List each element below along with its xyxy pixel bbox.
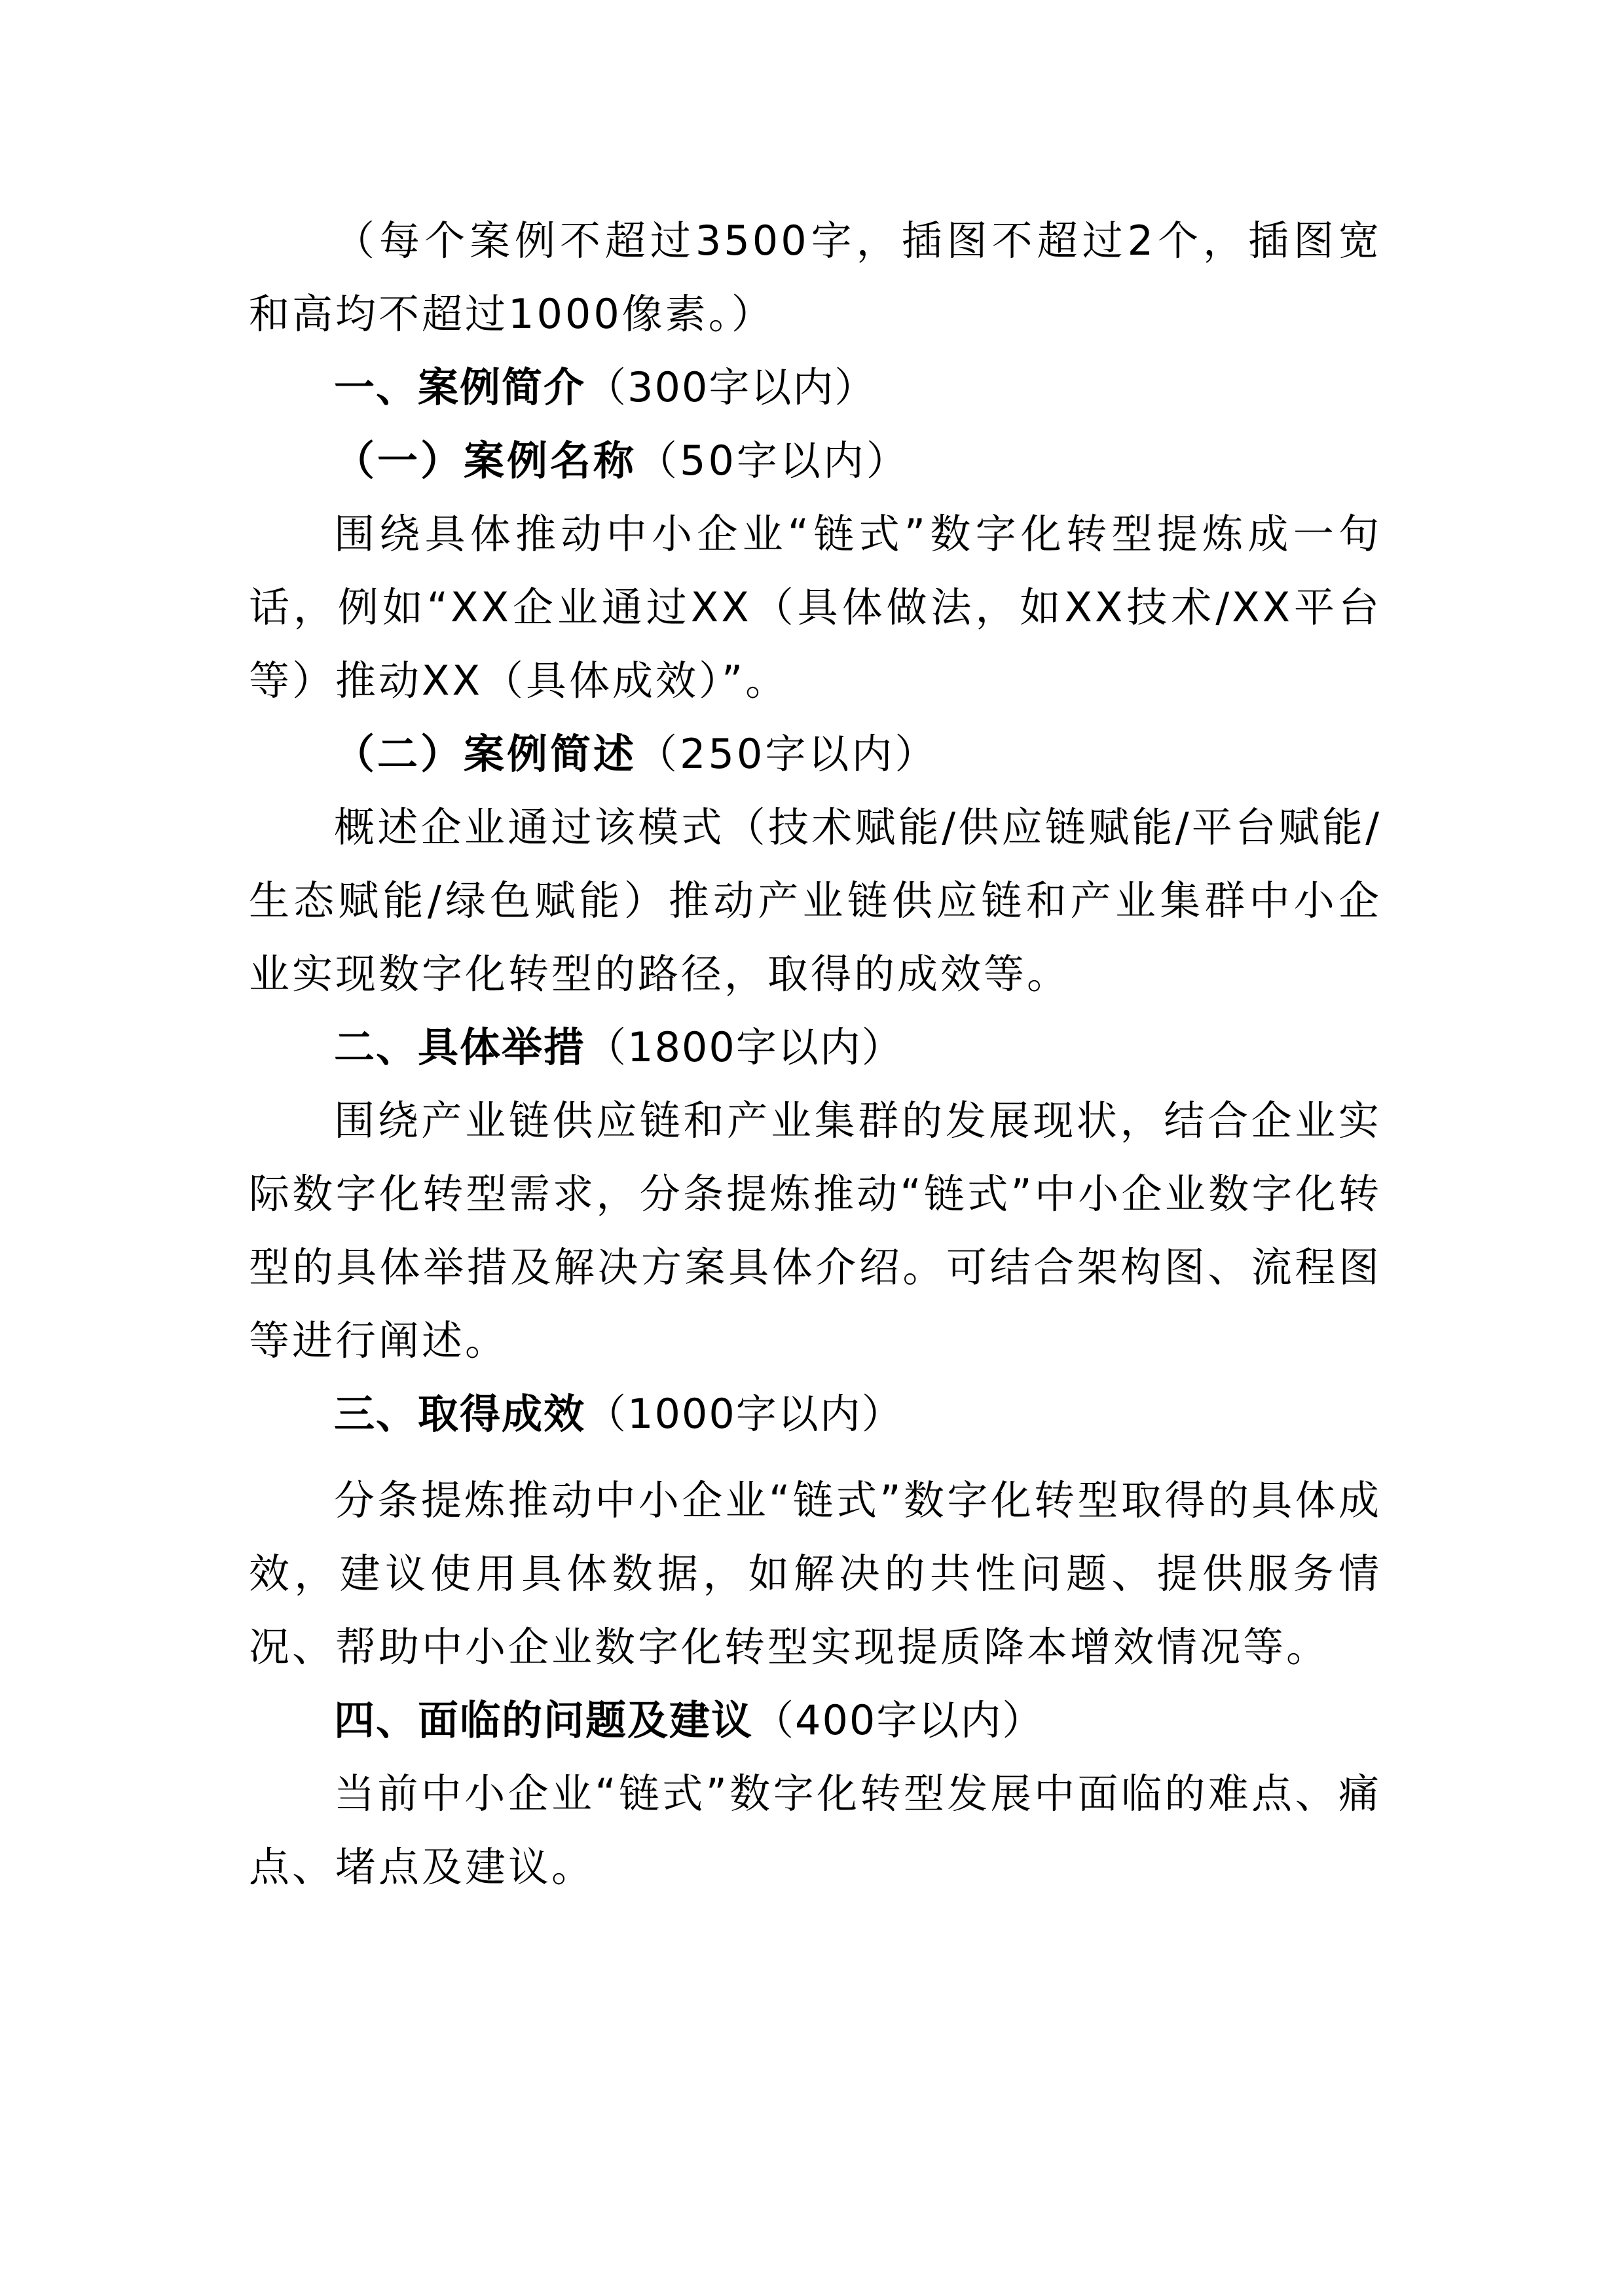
document-page: （每个案例不超过3500字，插图不超过2个，插图宽和高均不超过1000像素。） …: [249, 204, 1382, 1904]
case-name-body: 围绕具体推动中小企业“链式”数字化转型提炼成一句话，例如“XX企业通过XX（具体…: [249, 498, 1382, 718]
subsection-word-limit: （50字以内）: [637, 437, 910, 484]
section-heading-measures: 二、具体举措（1800字以内）: [249, 1011, 1382, 1084]
section-word-limit: （1800字以内）: [585, 1023, 904, 1071]
section-heading-issues: 四、面临的问题及建议（400字以内）: [249, 1684, 1382, 1757]
case-summary-body: 概述企业通过该模式（技术赋能/供应链赋能/平台赋能/生态赋能/绿色赋能）推动产业…: [249, 791, 1382, 1011]
results-body: 分条提炼推动中小企业“链式”数字化转型取得的具体成效，建议使用具体数据，如解决的…: [249, 1464, 1382, 1684]
issues-body: 当前中小企业“链式”数字化转型发展中面临的难点、痛点、堵点及建议。: [249, 1757, 1382, 1904]
section-heading-text: 一、案例简介: [334, 363, 585, 411]
section-word-limit: （1000字以内）: [585, 1390, 904, 1438]
measures-body: 围绕产业链供应链和产业集群的发展现状，结合企业实际数字化转型需求，分条提炼推动“…: [249, 1084, 1382, 1377]
section-heading-text: 三、取得成效: [334, 1390, 585, 1438]
subsection-heading-case-summary: （二）案例简述（250字以内）: [249, 718, 1382, 791]
subsection-heading-text: （一）案例名称: [334, 437, 637, 484]
section-word-limit: （400字以内）: [753, 1696, 1044, 1744]
section-word-limit: （300字以内）: [585, 363, 876, 411]
subsection-heading-text: （二）案例简述: [334, 730, 637, 778]
subsection-word-limit: （250字以内）: [637, 730, 938, 778]
subsection-heading-case-name: （一）案例名称（50字以内）: [249, 424, 1382, 498]
intro-note: （每个案例不超过3500字，插图不超过2个，插图宽和高均不超过1000像素。）: [249, 204, 1382, 351]
section-heading-text: 二、具体举措: [334, 1023, 585, 1071]
section-heading-text: 四、面临的问题及建议: [334, 1696, 753, 1744]
section-heading-results: 三、取得成效（1000字以内）: [249, 1377, 1382, 1451]
section-heading-case-intro: 一、案例简介（300字以内）: [249, 351, 1382, 424]
